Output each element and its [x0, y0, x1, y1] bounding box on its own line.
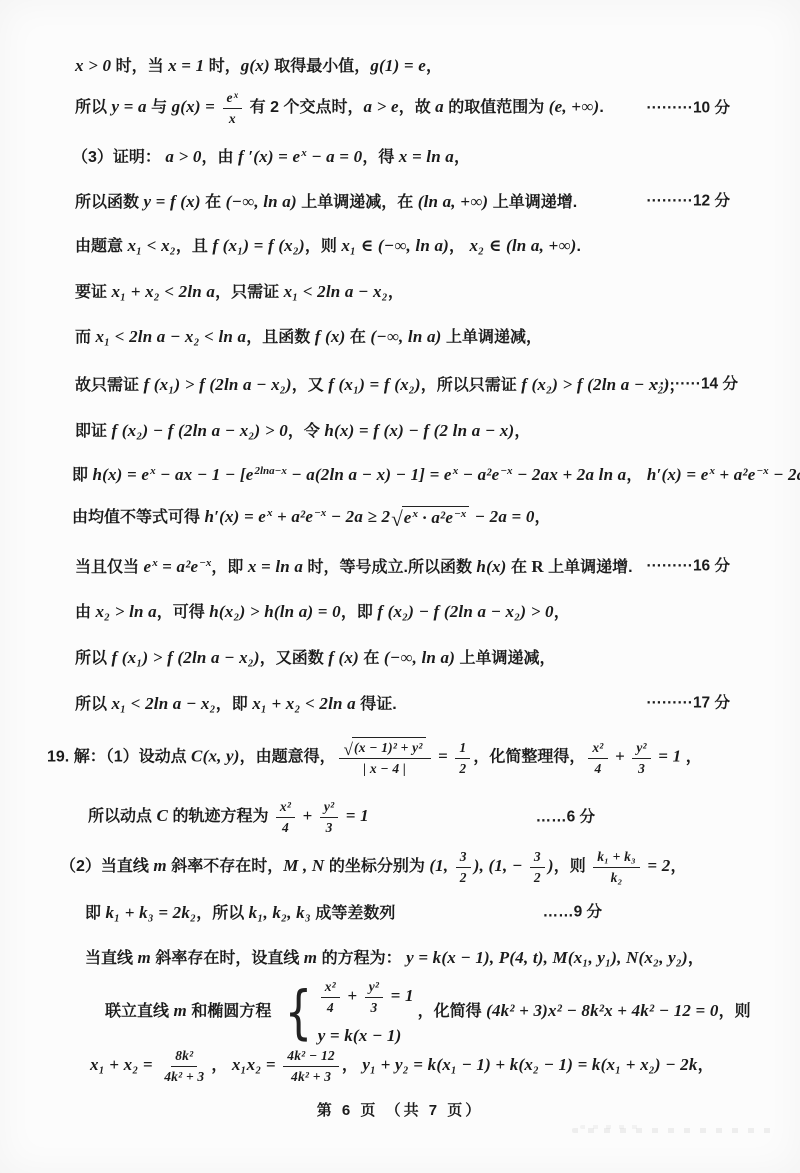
math-run: (e, +∞) — [549, 97, 600, 116]
text-run: ，即 — [211, 559, 247, 576]
math-run: 8k² — [175, 1048, 193, 1063]
denominator: x — [225, 109, 240, 129]
fraction: 32 — [530, 847, 545, 888]
math-run: a — [435, 97, 444, 116]
text-run: 上单调递减， — [455, 650, 555, 667]
text-run: 联立直线 — [105, 1003, 173, 1020]
math-run: h(x) = e — [92, 465, 149, 484]
fraction: x²4 — [321, 977, 340, 1018]
text-run: ，则 — [554, 858, 590, 875]
math-run: C — [156, 806, 168, 825]
math-run: 4k² + 3 — [164, 1069, 204, 1084]
math-run: h′(x) = e — [204, 507, 266, 526]
math-run: y₁ + y₂ = k(x₁ − 1) + k(x₂ − 1) = k(x₁ +… — [362, 1055, 697, 1074]
text-run: ，则 — [305, 238, 341, 255]
math-run: y² — [636, 740, 646, 755]
text-run: 成等差数列 — [311, 905, 395, 922]
math-run: (−∞, ln a) — [370, 327, 441, 346]
math-run: y² — [369, 979, 379, 994]
math-run: 1 — [459, 740, 466, 755]
math-run: x = ln a — [399, 147, 454, 166]
math-run: x = 1 — [168, 56, 204, 75]
math-line: 当且仅当 ex = a²e−x，即 x = ln a 时，等号成立.所以函数 h… — [0, 556, 800, 579]
text-run: ， — [670, 858, 686, 875]
math-run: k₁ + k₃ = 2k₂ — [105, 903, 196, 922]
text-run: 所以 — [75, 650, 111, 667]
denominator: 4 — [278, 818, 293, 838]
text-run: ， — [688, 950, 704, 967]
text-run: 故只需证 — [75, 377, 143, 394]
text-run: 所以函数 — [75, 194, 143, 211]
text-run: ，所以只需证 — [421, 377, 521, 394]
text-run: 时，等号成立.所以函数 — [303, 559, 476, 576]
math-run: M , N — [283, 856, 324, 875]
math-run: = — [434, 747, 453, 766]
math-run: h(x₂) > h(ln a) = 0 — [209, 602, 341, 621]
math-line: 要证 x₁ + x₂ < 2ln a，只需证 x₁ < 2ln a − x₂， — [0, 281, 800, 304]
superscript: 2lna−x — [254, 465, 286, 477]
text-run: 的坐标分别为 — [324, 858, 429, 875]
math-line: 所以函数 y = f (x) 在 (−∞, ln a) 上单调递减，在 (ln … — [0, 191, 800, 214]
math-run: − a(2ln a − x) − 1] = e — [287, 465, 452, 484]
text-run: ，可得 — [157, 604, 209, 621]
math-line: 即 k₁ + k₃ = 2k₂，所以 k₁, k₂, k₃ 成等差数列……9 分 — [0, 902, 800, 925]
numerator: x² — [276, 797, 295, 818]
square-root: √ex · a²e−x — [391, 506, 469, 530]
text-run: ，化简整理得， — [473, 749, 585, 766]
text-run: ，且 — [176, 238, 212, 255]
fraction: x²4 — [588, 738, 607, 779]
text-run: ， — [342, 1057, 362, 1074]
text-run: 时， — [204, 58, 240, 75]
math-run: f (x₂) − f (2ln a − x₂) > 0 — [111, 421, 287, 440]
text-run: ， — [698, 1057, 714, 1074]
text-run: 在 — [507, 559, 532, 576]
denominator: 3 — [634, 759, 649, 779]
math-run: − a²e — [458, 465, 499, 484]
math-run: x₂ ∈ (ln a, +∞) — [469, 236, 576, 255]
fraction: 4k² − 124k² + 3 — [283, 1046, 339, 1087]
math-run: x₁ < x₂ — [127, 236, 175, 255]
math-line: 故只需证 f (x₁) > f (2ln a − x₂)，又 f (x₁) = … — [0, 374, 800, 397]
math-line: x > 0 时，当 x = 1 时，g(x) 取得最小值，g(1) = e， — [0, 55, 800, 78]
system-rows: x²4 + y²3 = 1y = k(x − 1) — [318, 977, 414, 1048]
text-run: ，又函数 — [260, 650, 328, 667]
denominator: 4k² + 3 — [160, 1067, 208, 1087]
math-run: − ax − 1 − [e — [156, 465, 254, 484]
system-row: x²4 + y²3 = 1 — [318, 977, 414, 1018]
math-run: − 2ax + 2a ln a — [513, 465, 627, 484]
math-run: f (x) — [328, 648, 359, 667]
equation-system: {x²4 + y²3 = 1y = k(x − 1) — [280, 977, 414, 1048]
score-marker: ·········12 分 — [646, 192, 730, 213]
denominator: 4k² + 3 — [287, 1067, 335, 1087]
math-run: h(x) = f (x) − f (2 ln a − x) — [324, 421, 514, 440]
math-run: x² — [592, 740, 603, 755]
math-run: − 2a ≥ 2 — [326, 507, 390, 526]
numerator: √(x − 1)² + y² — [339, 737, 431, 759]
superscript: −x — [500, 465, 512, 477]
math-run: 4k² + 3 — [291, 1069, 331, 1084]
math-line: 即证 f (x₂) − f (2ln a − x₂) > 0，令 h(x) = … — [0, 420, 800, 443]
math-run: (−∞, ln a) — [226, 192, 297, 211]
fraction: y²3 — [320, 797, 338, 838]
math-run: x₁ ∈ (−∞, ln a) — [341, 236, 449, 255]
text-run: 与 — [147, 99, 172, 116]
scan-artifact — [580, 1125, 640, 1129]
math-run: + — [343, 986, 362, 1005]
math-line: 所以 y = a 与 g(x) = exx 有 2 个交点时，a > e，故 a… — [0, 88, 800, 129]
math-run: 3 — [326, 820, 333, 835]
numerator: y² — [632, 738, 650, 759]
text-run: 当且仅当 — [75, 559, 143, 576]
math-line: 所以动点 C 的轨迹方程为 x²4 + y²3 = 1……6 分 — [0, 797, 800, 838]
denominator: | x − 4 | — [359, 759, 410, 779]
text-run: 和椭圆方程 — [187, 1003, 276, 1020]
numerator: 8k² — [171, 1046, 197, 1067]
text-run: ，所以 — [196, 905, 248, 922]
text-run: ，化简得 — [418, 1003, 486, 1020]
denominator: 4 — [323, 998, 338, 1018]
math-line: x₁ + x₂ = 8k²4k² + 3， x₁x₂ = 4k² − 124k²… — [0, 1046, 800, 1087]
math-run: (1, — [429, 856, 452, 875]
math-line: 19. 解：（1）设动点 C(x, y)，由题意得，√(x − 1)² + y²… — [0, 737, 800, 779]
math-run: k₂ — [611, 870, 623, 885]
math-line: 即 h(x) = ex − ax − 1 − [e2lna−x − a(2ln … — [0, 464, 800, 487]
math-run: x = ln a — [248, 557, 303, 576]
math-run: x₁x₂ = — [232, 1055, 280, 1074]
text-run: 在 — [201, 194, 226, 211]
math-run: · a²e — [418, 508, 453, 527]
page-footer: 第 6 页 （共 7 页） — [0, 1099, 800, 1120]
math-run: = 1 — [654, 747, 682, 766]
math-run: x — [229, 111, 236, 126]
text-run: ，得 — [362, 149, 398, 166]
superscript: −x — [756, 465, 768, 477]
fraction: 12 — [455, 738, 470, 779]
text-run: 取得最小值， — [270, 58, 370, 75]
scanned-exam-page: x > 0 时，当 x = 1 时，g(x) 取得最小值，g(1) = e，所以… — [0, 0, 800, 1173]
math-run: k₁ + k₃ — [597, 849, 636, 864]
text-run: 即证 — [75, 423, 111, 440]
math-run: x > 0 — [75, 56, 111, 75]
square-root: √(x − 1)² + y² — [344, 737, 426, 758]
text-run: ，即 — [341, 604, 377, 621]
math-run: x₁ < 2ln a − x₂ — [111, 694, 215, 713]
fraction: exx — [223, 88, 243, 129]
text-run: ， — [454, 149, 470, 166]
text-run: 当直线 — [85, 950, 137, 967]
math-run: (ln a, +∞) — [418, 192, 489, 211]
text-run: . — [599, 99, 603, 116]
text-run: . — [577, 238, 581, 255]
text-run: ， — [681, 749, 701, 766]
math-run: 3 — [534, 849, 541, 864]
score-marker: ·········17 分 — [646, 694, 730, 715]
math-run: x² — [325, 979, 336, 994]
math-run: x₁ + x₂ = — [90, 1055, 157, 1074]
superscript: −x — [314, 507, 326, 519]
math-bold-run: R — [531, 557, 543, 576]
text-run: 由 — [75, 604, 95, 621]
math-run: 4k² − 12 — [287, 1048, 335, 1063]
math-run: 4 — [594, 761, 601, 776]
math-run: 2 — [534, 870, 541, 885]
math-line: 联立直线 m 和椭圆方程 {x²4 + y²3 = 1y = k(x − 1)，… — [0, 977, 800, 1048]
denominator: 2 — [455, 759, 470, 779]
fraction: y²3 — [632, 738, 650, 779]
math-run: y = f (x) — [143, 192, 200, 211]
math-run: − 2a = 0 — [470, 507, 534, 526]
math-run: (4k² + 3)x² − 8k²x + 4k² − 12 = 0 — [486, 1001, 718, 1020]
text-run: ，即 — [216, 696, 252, 713]
text-run: 的取值范围为 — [444, 99, 549, 116]
text-run: 在 — [359, 650, 384, 667]
text-run: ， — [554, 604, 570, 621]
math-run: x₁ < 2ln a − x₂ — [284, 282, 388, 301]
text-run: 斜率存在时，设直线 — [151, 950, 304, 967]
math-run: + — [611, 747, 630, 766]
text-run: ，只需证 — [215, 284, 283, 301]
fraction: 8k²4k² + 3 — [160, 1046, 208, 1087]
text-run: ，由 — [202, 149, 238, 166]
text-run: 而 — [75, 329, 95, 346]
numerator: 3 — [530, 847, 545, 868]
denominator: 3 — [322, 818, 337, 838]
math-run: e — [143, 557, 151, 576]
text-run: 上单调递减，在 — [297, 194, 418, 211]
math-run: 3 — [370, 1000, 377, 1015]
denominator: 2 — [456, 868, 471, 888]
math-run: x² — [280, 799, 291, 814]
math-run: 2 — [460, 870, 467, 885]
fraction: x²4 — [276, 797, 295, 838]
numerator: 1 — [455, 738, 470, 759]
math-run: a > e — [363, 97, 398, 116]
score-marker: ·········14 分 — [654, 375, 738, 396]
text-run: 要证 — [75, 284, 111, 301]
math-run: x₂ > ln a — [95, 602, 156, 621]
text-run: ，又 — [292, 377, 328, 394]
text-run: 所以 — [75, 696, 111, 713]
text-run: 上单调递增. — [488, 194, 577, 211]
math-run: − 2a — [769, 465, 800, 484]
text-run: 即 — [85, 905, 105, 922]
fraction: y²3 — [365, 977, 383, 1018]
math-run: 2 — [459, 761, 466, 776]
math-run: k₁, k₂, k₃ — [249, 903, 311, 922]
numerator: x² — [321, 977, 340, 998]
text-run: 即 — [72, 467, 92, 484]
sqrt-body: (x − 1)² + y² — [352, 737, 426, 758]
system-row: y = k(x − 1) — [318, 1025, 402, 1048]
numerator: y² — [365, 977, 383, 998]
text-run: 有 2 个交点时， — [245, 99, 363, 116]
math-run: h(x) — [476, 557, 506, 576]
denominator: k₂ — [607, 868, 627, 888]
math-run: f (x) — [315, 327, 346, 346]
math-run: 3 — [460, 849, 467, 864]
text-run: ，则 — [719, 1003, 751, 1020]
math-run: + a²e — [273, 507, 314, 526]
numerator: k₁ + k₃ — [593, 847, 640, 868]
math-run: f (x₁) = f (x₂) — [328, 375, 421, 394]
superscript: −x — [199, 557, 211, 569]
fraction: 32 — [456, 847, 471, 888]
math-run: (x − 1)² + y² — [354, 740, 423, 755]
math-line: 所以 f (x₁) > f (2ln a − x₂)，又函数 f (x) 在 (… — [0, 647, 800, 670]
numerator: y² — [320, 797, 338, 818]
math-run: f ′(x) = e — [238, 147, 300, 166]
math-line: 当直线 m 斜率存在时，设直线 m 的方程为： y = k(x − 1), P(… — [0, 947, 800, 970]
text-run: （2）当直线 — [60, 858, 153, 875]
math-run: f (x₂) > f (2ln a − x₂) — [521, 375, 669, 394]
text-run: ，且函数 — [246, 329, 314, 346]
text-run: ，故 — [399, 99, 435, 116]
fraction: √(x − 1)² + y²| x − 4 | — [339, 737, 431, 779]
text-run: 得证. — [356, 696, 397, 713]
math-run: = 2 — [643, 856, 671, 875]
math-run: g(x) = — [172, 97, 220, 116]
math-line: 由均值不等式可得 h′(x) = ex + a²e−x − 2a ≥ 2√ex … — [0, 506, 800, 530]
text-run: ， — [626, 467, 646, 484]
math-run: y = a — [111, 97, 146, 116]
text-run: 19. 解：（1）设动点 — [47, 749, 191, 766]
math-run: = a²e — [158, 557, 199, 576]
math-run: (−∞, ln a) — [384, 648, 455, 667]
numerator: x² — [588, 738, 607, 759]
math-run: y = k(x − 1) — [318, 1026, 402, 1045]
numerator: 3 — [456, 847, 471, 868]
math-run: f (x₁) > f (2ln a − x₂) — [111, 648, 259, 667]
math-run: m — [137, 948, 150, 967]
text-run: 在 — [345, 329, 370, 346]
text-run: 的轨迹方程为 — [168, 808, 273, 825]
text-run: 由题意 — [75, 238, 127, 255]
math-run: e — [404, 508, 412, 527]
math-run: f (x₁) = f (x₂) — [212, 236, 305, 255]
text-run: 由均值不等式可得 — [72, 509, 204, 526]
math-run: 4 — [282, 820, 289, 835]
math-run: | x − 4 | — [363, 761, 406, 776]
score-marker: ……9 分 — [543, 903, 602, 924]
text-run: 斜率不存在时， — [167, 858, 283, 875]
math-run: g(1) = e — [370, 56, 426, 75]
math-run: m — [304, 948, 317, 967]
numerator: 4k² − 12 — [283, 1046, 339, 1067]
text-run: ， — [514, 423, 530, 440]
denominator: 4 — [590, 759, 605, 779]
text-run: ， — [211, 1057, 231, 1074]
math-run: + — [298, 806, 317, 825]
math-run: h′(x) = e — [647, 465, 709, 484]
math-run: = 1 — [341, 806, 369, 825]
math-line: （2）当直线 m 斜率不存在时，M , N 的坐标分别为 (1, 32), (1… — [0, 847, 800, 888]
math-run: = 1 — [386, 986, 414, 1005]
math-line: （3）证明： a > 0，由 f ′(x) = ex − a = 0，得 x =… — [0, 146, 800, 169]
superscript: x — [234, 90, 239, 100]
numerator: ex — [223, 88, 243, 109]
math-run: C(x, y) — [191, 747, 240, 766]
math-line: 由题意 x₁ < x₂，且 f (x₁) = f (x₂)，则 x₁ ∈ (−∞… — [0, 235, 800, 258]
math-run: a > 0 — [165, 147, 201, 166]
math-run: 3 — [638, 761, 645, 776]
text-run: 所以 — [75, 99, 111, 116]
text-run: ， — [388, 284, 404, 301]
math-run: m — [173, 1001, 186, 1020]
math-run: − a = 0 — [307, 147, 363, 166]
text-run: ，令 — [288, 423, 324, 440]
math-run: y = k(x − 1), P(4, t), M(x₁, y₁), N(x₂, … — [402, 948, 688, 967]
text-run: ，由题意得， — [240, 749, 336, 766]
math-run: f (x₂) − f (2ln a − x₂) > 0 — [377, 602, 553, 621]
text-run: （3）证明： — [72, 149, 165, 166]
math-run: x₁ + x₂ < 2ln a — [252, 694, 356, 713]
brace-glyph: { — [284, 989, 312, 1035]
math-run: x₁ < 2ln a − x₂ < ln a — [95, 327, 246, 346]
text-run: 上单调递减， — [442, 329, 542, 346]
sqrt-body: ex · a²e−x — [402, 506, 470, 530]
superscript: −x — [454, 508, 466, 520]
denominator: 3 — [366, 998, 381, 1018]
math-run: 4 — [327, 1000, 334, 1015]
fraction: k₁ + k₃k₂ — [593, 847, 640, 888]
score-marker: ……6 分 — [536, 807, 595, 828]
text-run: 所以动点 — [88, 808, 156, 825]
text-run: ， — [535, 509, 551, 526]
math-line: 而 x₁ < 2ln a − x₂ < ln a，且函数 f (x) 在 (−∞… — [0, 326, 800, 349]
text-run: 上单调递增. — [544, 559, 633, 576]
math-line: 由 x₂ > ln a，可得 h(x₂) > h(ln a) = 0，即 f (… — [0, 601, 800, 624]
text-run: 的方程为： — [317, 950, 401, 967]
math-run: x₁ + x₂ < 2ln a — [111, 282, 215, 301]
text-run: 时，当 — [111, 58, 168, 75]
math-run: m — [153, 856, 166, 875]
math-run: e — [227, 90, 233, 105]
text-run: ， — [449, 238, 469, 255]
denominator: 2 — [530, 868, 545, 888]
math-run: g(x) — [241, 56, 270, 75]
math-run: + a²e — [715, 465, 756, 484]
math-run: f (x₁) > f (2ln a − x₂) — [143, 375, 291, 394]
math-run: ), (1, − — [474, 856, 527, 875]
math-run: y² — [324, 799, 334, 814]
text-run: ， — [426, 58, 442, 75]
score-marker: ·········10 分 — [646, 98, 730, 119]
math-line: 所以 x₁ < 2ln a − x₂，即 x₁ + x₂ < 2ln a 得证.… — [0, 693, 800, 716]
score-marker: ·········16 分 — [646, 557, 730, 578]
